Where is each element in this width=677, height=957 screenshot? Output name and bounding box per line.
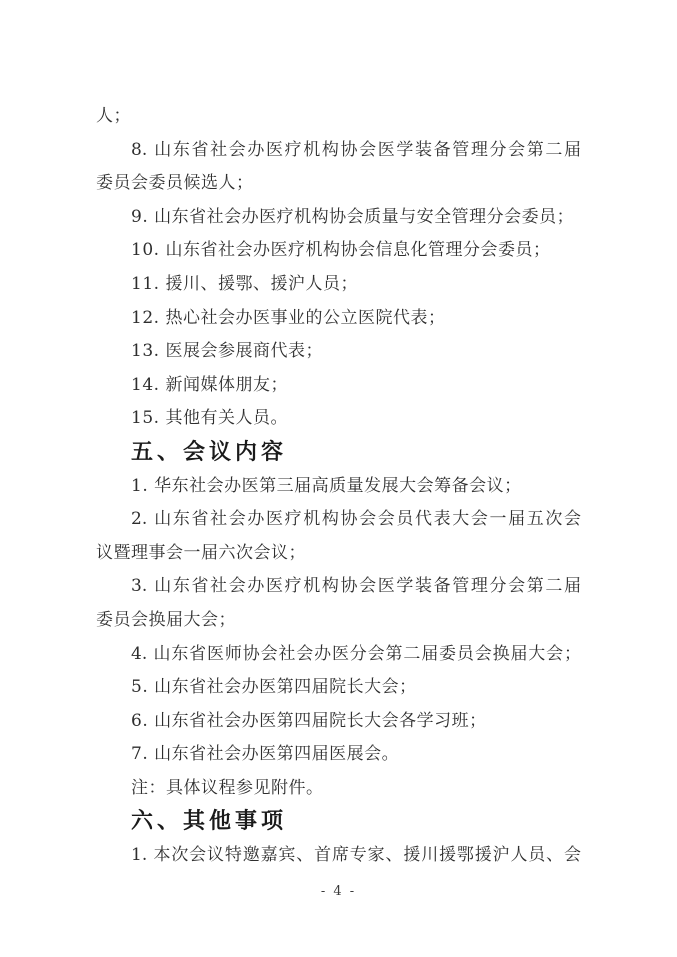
doc-line: 委员会换届大会；: [96, 604, 581, 638]
doc-line: 3. 山东省社会办医疗机构协会医学装备管理分会第二届: [96, 570, 581, 604]
doc-line: 11. 援川、援鄂、援沪人员；: [96, 268, 581, 302]
doc-line: 2. 山东省社会办医疗机构协会会员代表大会一届五次会: [96, 503, 581, 537]
doc-line: 1. 华东社会办医第三届高质量发展大会筹备会议；: [96, 470, 581, 504]
doc-line: 10. 山东省社会办医疗机构协会信息化管理分会委员；: [96, 234, 581, 268]
section-heading: 五、会议内容: [96, 436, 581, 470]
doc-line: 4. 山东省医师协会社会办医分会第二届委员会换届大会；: [96, 638, 581, 672]
doc-line: 注：具体议程参见附件。: [96, 772, 581, 806]
document-page: 人；8. 山东省社会办医疗机构协会医学装备管理分会第二届委员会委员候选人；9. …: [0, 0, 677, 957]
doc-line: 人；: [96, 100, 581, 134]
section-heading: 六、其他事项: [96, 805, 581, 839]
doc-line: 15. 其他有关人员。: [96, 402, 581, 436]
page-number: - 4 -: [0, 884, 677, 899]
doc-line: 12. 热心社会办医事业的公立医院代表；: [96, 302, 581, 336]
document-body: 人；8. 山东省社会办医疗机构协会医学装备管理分会第二届委员会委员候选人；9. …: [96, 100, 581, 873]
doc-line: 13. 医展会参展商代表；: [96, 335, 581, 369]
doc-line: 7. 山东省社会办医第四届医展会。: [96, 738, 581, 772]
doc-line: 5. 山东省社会办医第四届院长大会；: [96, 671, 581, 705]
doc-line: 委员会委员候选人；: [96, 167, 581, 201]
doc-line: 8. 山东省社会办医疗机构协会医学装备管理分会第二届: [96, 134, 581, 168]
doc-line: 9. 山东省社会办医疗机构协会质量与安全管理分会委员；: [96, 201, 581, 235]
doc-line: 1. 本次会议特邀嘉宾、首席专家、援川援鄂援沪人员、会: [96, 839, 581, 873]
doc-line: 14. 新闻媒体朋友；: [96, 369, 581, 403]
doc-line: 议暨理事会一届六次会议；: [96, 537, 581, 571]
doc-line: 6. 山东省社会办医第四届院长大会各学习班；: [96, 705, 581, 739]
